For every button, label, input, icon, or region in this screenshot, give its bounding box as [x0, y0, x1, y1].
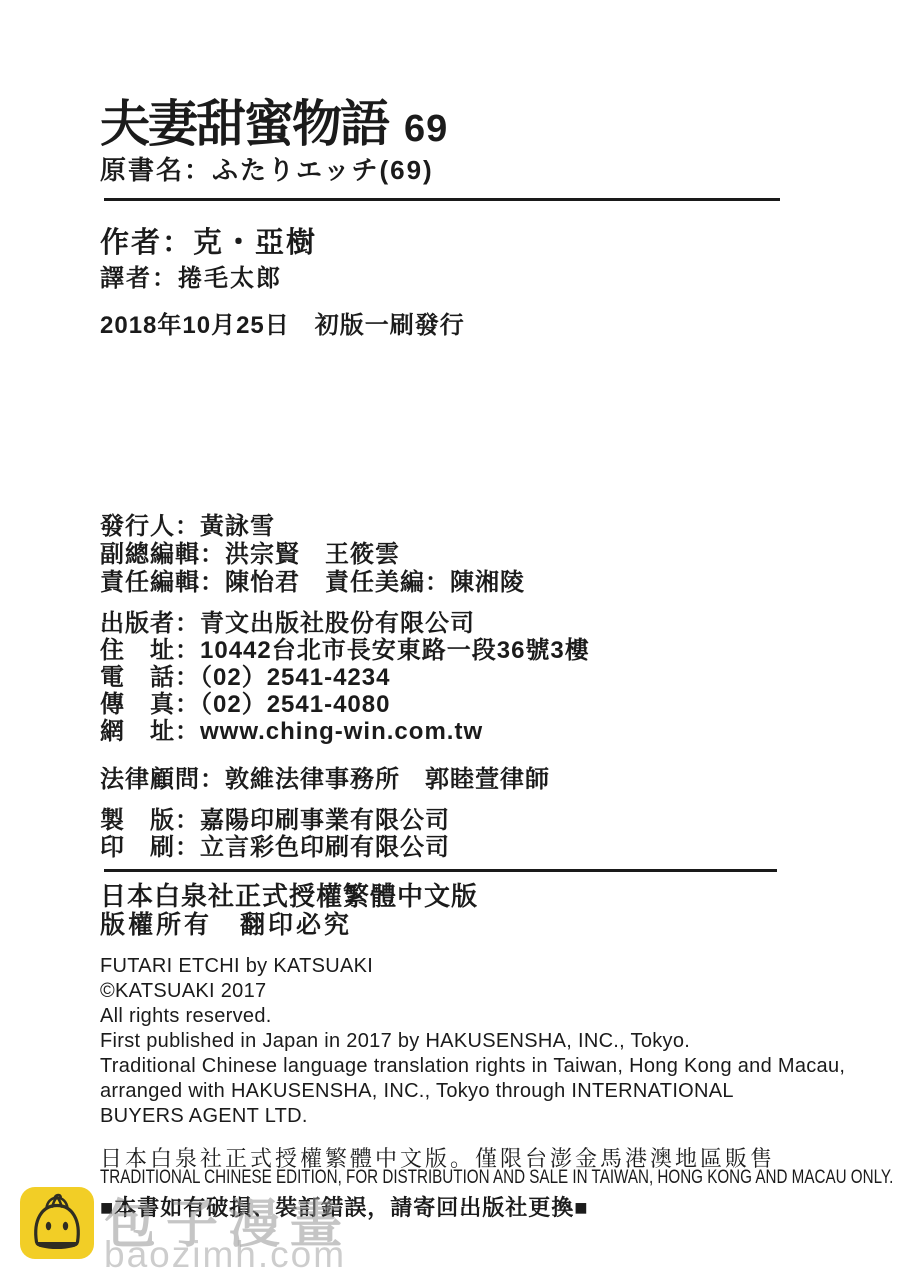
divider-bottom [104, 869, 777, 872]
publisher-person-line: 發行人：黃詠雪 [100, 513, 525, 541]
license-rights: 版權所有 翻印必究 [100, 905, 352, 941]
copyright-title-line: FUTARI ETCHI by KATSUAKI [100, 954, 845, 979]
printing-line: 印 刷：立言彩色印刷有限公司 [100, 834, 450, 861]
book-volume-number: 69 [404, 108, 448, 151]
deputy-editors-line: 副總編輯：洪宗賢 王筱雲 [100, 541, 525, 569]
publisher-address-line: 住 址：10442台北市長安東路一段36號3樓 [100, 637, 590, 664]
original-title: 原書名：ふたりエッチ(69) [100, 150, 434, 187]
divider-top [104, 198, 780, 201]
english-copyright-block: FUTARI ETCHI by KATSUAKI ©KATSUAKI 2017 … [100, 954, 845, 1129]
author-line: 作者：克・亞樹 [100, 220, 317, 261]
colophon-page: 夫妻甜蜜物語 69 原書名：ふたりエッチ(69) 作者：克・亞樹 譯者：捲毛太郎… [0, 0, 900, 1288]
publisher-phone-line: 電 話：（02）2541-4234 [100, 664, 590, 691]
watermark-site-domain: baozimh.com [104, 1234, 346, 1276]
publisher-fax-line: 傳 真：（02）2541-4080 [100, 691, 590, 718]
baozi-logo-icon [20, 1187, 94, 1259]
editors-line: 責任編輯：陳怡君 責任美編：陳湘陵 [100, 569, 525, 597]
publisher-company-line: 出版者：青文出版社股份有限公司 [100, 610, 590, 637]
publisher-info: 出版者：青文出版社股份有限公司 住 址：10442台北市長安東路一段36號3樓 … [100, 610, 590, 745]
translator-line: 譯者：捲毛太郎 [100, 258, 282, 293]
copyright-agent-line: BUYERS AGENT LTD. [100, 1104, 845, 1129]
staff-credits: 發行人：黃詠雪 副總編輯：洪宗賢 王筱雲 責任編輯：陳怡君 責任美編：陳湘陵 [100, 513, 525, 597]
production-info: 製 版：嘉陽印刷事業有限公司 印 刷：立言彩色印刷有限公司 [100, 807, 450, 861]
book-title: 夫妻甜蜜物語 [100, 84, 388, 156]
release-date-line: 2018年10月25日 初版一刷發行 [100, 305, 465, 340]
copyright-arranged-line: arranged with HAKUSENSHA, INC., Tokyo th… [100, 1079, 845, 1104]
copyright-first-published-line: First published in Japan in 2017 by HAKU… [100, 1029, 845, 1054]
copyright-rights-line: All rights reserved. [100, 1004, 845, 1029]
plate-making-line: 製 版：嘉陽印刷事業有限公司 [100, 807, 450, 834]
copyright-year-line: ©KATSUAKI 2017 [100, 979, 845, 1004]
publisher-website-line: 網 址：www.ching-win.com.tw [100, 718, 590, 745]
legal-advisor-line: 法律顧問：敦維法律事務所 郭睦萱律師 [100, 759, 550, 794]
copyright-translation-rights-line: Traditional Chinese language translation… [100, 1054, 845, 1079]
book-title-row: 夫妻甜蜜物語 69 [100, 84, 448, 156]
